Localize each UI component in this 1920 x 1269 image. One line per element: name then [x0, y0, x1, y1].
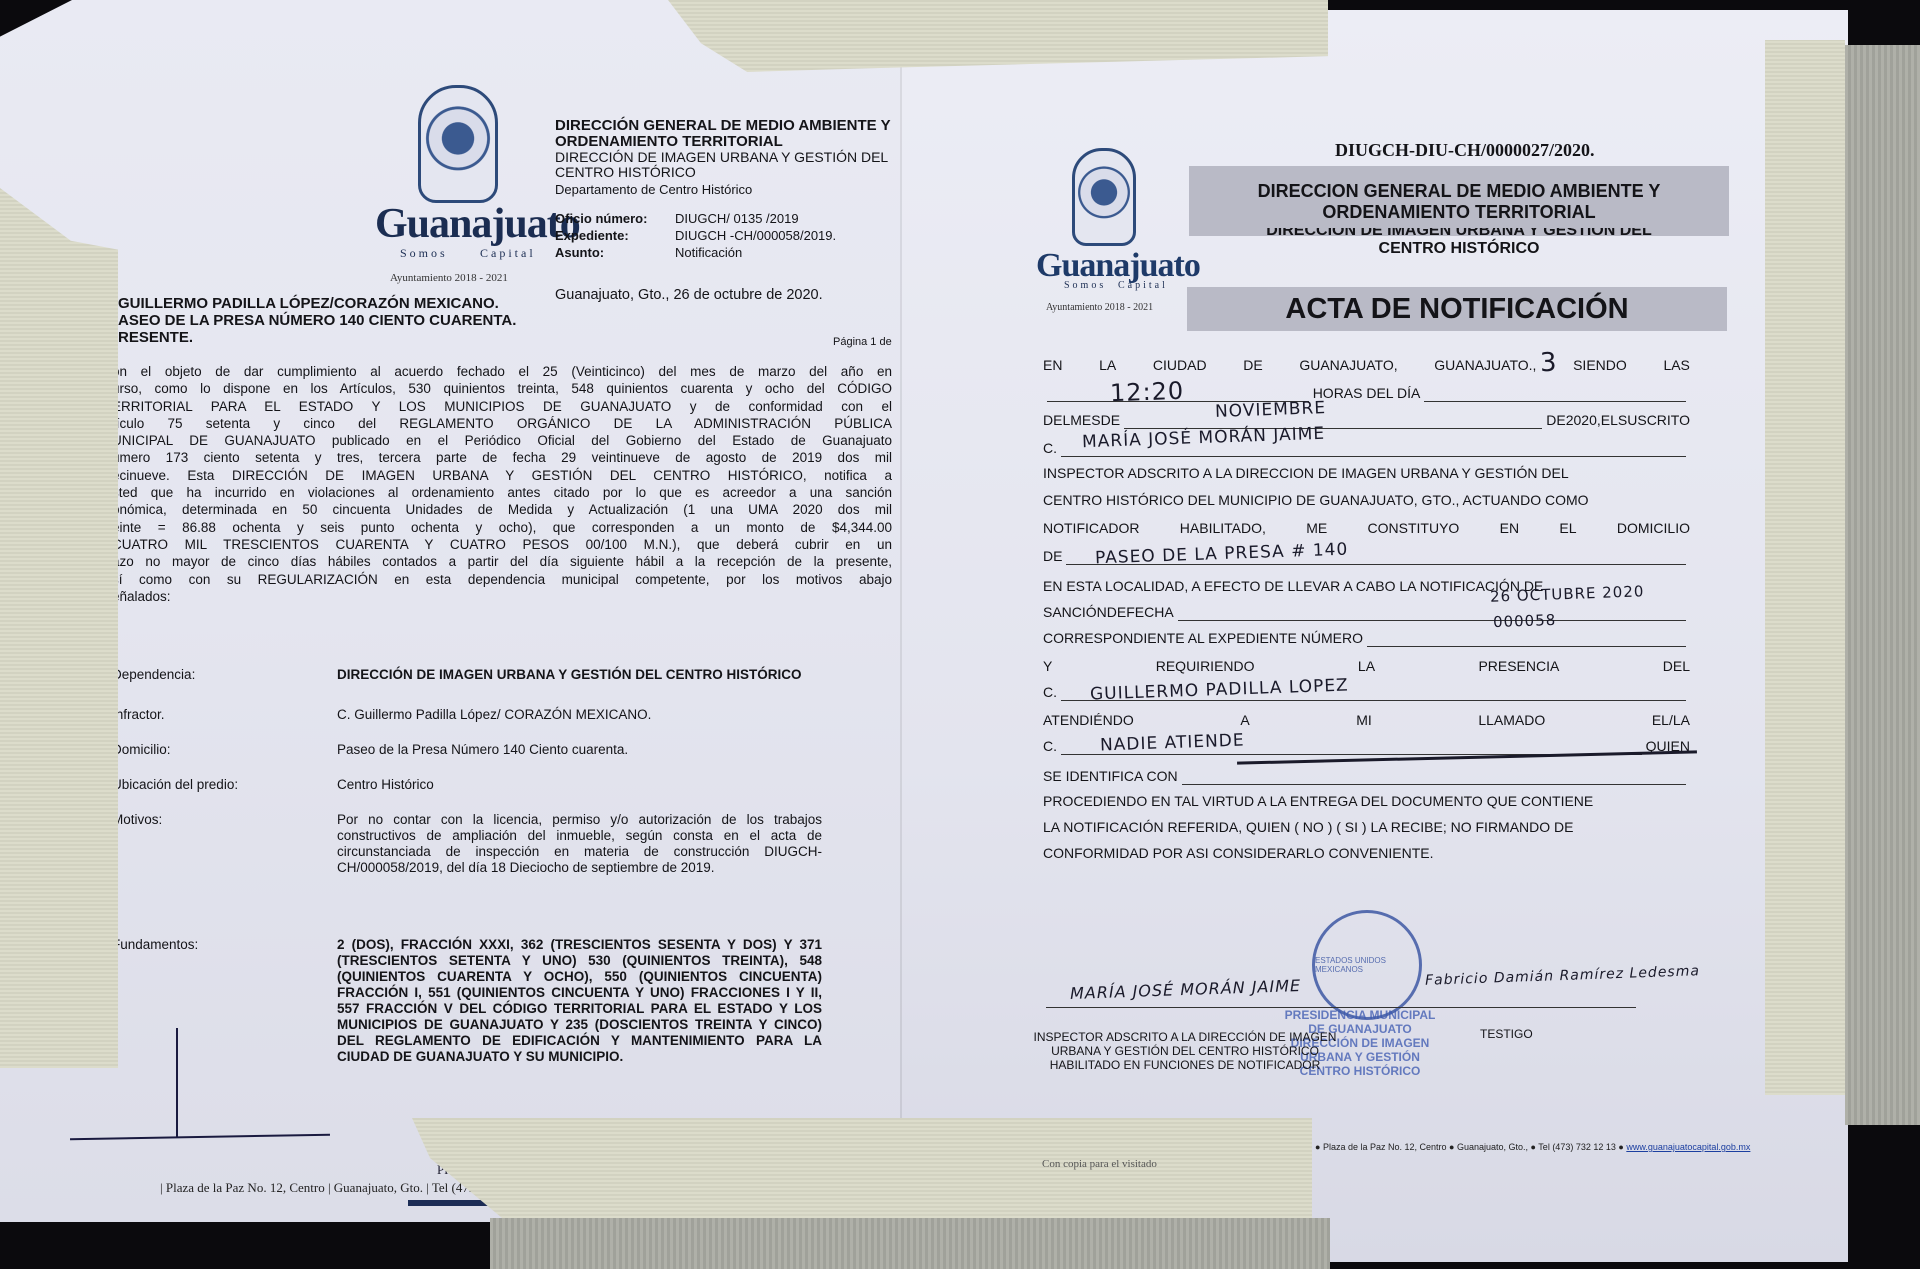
form-line: CENTRO HISTÓRICO DEL MUNICIPIO DE GUANAJ… — [1043, 492, 1690, 509]
handwritten-hour: 12:20 — [1110, 377, 1185, 408]
brand-tagline-right: Capital — [1118, 280, 1168, 291]
website-link[interactable]: www.guanajuatocapital.gob.mx — [1626, 1142, 1750, 1152]
reference-block: Oficio número:DIUGCH/ 0135 /2019 Expedie… — [555, 210, 895, 261]
brand-logo: Guanajuato — [375, 200, 580, 248]
form-text: LA — [1099, 357, 1116, 374]
header-line: ORDENAMIENTO TERRITORIAL — [1189, 202, 1729, 223]
body-line: sí como con su REGULARIZACIÓN en esta de… — [112, 571, 892, 588]
form-text: DE — [1243, 357, 1262, 374]
form-text: CIUDAD — [1153, 357, 1207, 374]
form-text: NOTIFICADOR — [1043, 520, 1139, 537]
form-line: INSPECTOR ADSCRITO A LA DIRECCION DE IMA… — [1043, 465, 1690, 482]
form-text: LAS — [1663, 357, 1689, 374]
body-line: úmero 173 ciento setenta y tres, tercera… — [112, 449, 892, 466]
form-text: SANCIÓN — [1043, 604, 1107, 621]
detail-label: Dependencia: — [112, 667, 337, 683]
caption-line: URBANA Y GESTIÓN DEL CENTRO HISTÓRICO — [1015, 1044, 1355, 1058]
form-text: HORAS DEL DÍA — [1313, 385, 1421, 402]
body-line: eñalados: — [112, 588, 892, 605]
body-line: onómica, determinada en 50 cincuenta Uni… — [112, 501, 892, 518]
form-line: ENLACIUDADDEGUANAJUATO,GUANAJUATO.,SIEND… — [1043, 357, 1690, 374]
form-text: DE — [1107, 604, 1126, 621]
handwritten-file-number: 000058 — [1493, 611, 1557, 631]
body-line: ecinueve. Esta DIRECCIÓN DE IMAGEN URBAN… — [112, 467, 892, 484]
sanction-notice-document: Guanajuato Somos Capital Ayuntamiento 20… — [0, 0, 900, 1222]
pen-mark — [176, 1028, 178, 1138]
header-line: DIRECCION DE IMAGEN URBANA Y GESTION DEL — [1189, 228, 1729, 239]
form-line: PROCEDIENDO EN TAL VIRTUD A LA ENTREGA D… — [1043, 793, 1690, 810]
body-line: tículo 75 setenta y cinco del REGLAMENTO… — [112, 415, 892, 432]
detail-row: Motivos:Por no contar con la licencia, p… — [112, 812, 822, 876]
form-text: 2020, — [1566, 412, 1601, 429]
city-crest-icon — [1072, 148, 1136, 246]
form-line: CORRESPONDIENTE AL EXPEDIENTE NÚMERO — [1043, 630, 1690, 647]
form-text: SUSCRITO — [1618, 412, 1690, 429]
page-indicator: Página 1 de — [833, 336, 892, 348]
term-label: Ayuntamiento 2018 - 2021 — [1046, 302, 1153, 313]
form-line: DELMESDEDE2020,ELSUSCRITO — [1043, 412, 1690, 429]
stamp-line: PRESIDENCIA MUNICIPAL — [1260, 1008, 1460, 1022]
header-line: DIRECCION GENERAL DE MEDIO AMBIENTE Y — [1189, 181, 1729, 202]
form-text: ATENDIÉNDO — [1043, 712, 1134, 729]
masking-tape: Con copia para el visitado — [412, 1118, 1312, 1218]
addressee-block: GUILLERMO PADILLA LÓPEZ/CORAZÓN MEXICANO… — [118, 295, 516, 346]
form-text: SE IDENTIFICA CON — [1043, 768, 1178, 785]
body-line: azo no mayor de cinco días hábiles conta… — [112, 553, 892, 570]
form-text: C. — [1043, 684, 1057, 701]
form-line: SE IDENTIFICA CON — [1043, 768, 1690, 785]
caption-line: HABILITADO EN FUNCIONES DE NOTIFICADOR — [1015, 1058, 1355, 1072]
form-text: LA NOTIFICACIÓN REFERIDA, QUIEN ( NO ) (… — [1043, 819, 1574, 836]
form-text: LA — [1358, 658, 1375, 675]
form-text: DE — [1101, 412, 1120, 429]
body-line: UNICIPAL DE GUANAJUATO publicado en el P… — [112, 432, 892, 449]
detail-value: DIRECCIÓN DE IMAGEN URBANA Y GESTIÓN DEL… — [337, 667, 822, 683]
form-line: YREQUIRIENDOLAPRESENCIADEL — [1043, 658, 1690, 675]
city-crest-icon — [418, 85, 498, 203]
form-blank — [1178, 604, 1686, 621]
masking-tape — [1765, 40, 1845, 1095]
detail-row: Dependencia:DIRECCIÓN DE IMAGEN URBANA Y… — [112, 667, 822, 683]
copy-note: Con copia para el visitado — [1042, 1158, 1157, 1170]
handwritten-month: NOVIEMBRE — [1215, 398, 1327, 422]
form-text: PRESENCIA — [1478, 658, 1559, 675]
detail-value: Centro Histórico — [337, 777, 822, 793]
meta-row-oficio: Oficio número:DIUGCH/ 0135 /2019 — [555, 210, 895, 227]
form-text: SIENDO — [1573, 357, 1627, 374]
detail-value: C. Guillermo Padilla López/ CORAZÓN MEXI… — [337, 707, 822, 723]
form-text: EL — [1601, 412, 1618, 429]
form-text: ME — [1306, 520, 1327, 537]
meta-row-asunto: Asunto:Notificación — [555, 244, 895, 261]
form-text: EN — [1500, 520, 1519, 537]
form-text: GUANAJUATO, — [1299, 357, 1397, 374]
form-blank — [1182, 768, 1686, 785]
form-text: CONSTITUYO — [1368, 520, 1460, 537]
form-text: DE — [1546, 412, 1565, 429]
form-text: EL/LA — [1652, 712, 1690, 729]
issuer-header: DIRECCIÓN GENERAL DE MEDIO AMBIENTE Y OR… — [555, 118, 905, 197]
form-text: LLAMADO — [1478, 712, 1545, 729]
detail-row: Domicilio:Paseo de la Presa Número 140 C… — [112, 742, 822, 758]
notice-body: on el objeto de dar cumplimiento al acue… — [112, 363, 892, 605]
body-line: on el objeto de dar cumplimiento al acue… — [112, 363, 892, 380]
form-line: CONFORMIDAD POR ASI CONSIDERARLO CONVENI… — [1043, 845, 1690, 862]
brand-tagline-left: Somos — [400, 246, 448, 261]
record-number: DIUGCH-DIU-CH/0000027/2020. — [1335, 140, 1595, 161]
form-text: DE — [1043, 548, 1062, 565]
form-blank — [1124, 412, 1542, 429]
detail-row: Ubicación del predio:Centro Histórico — [112, 777, 822, 793]
form-text: C. — [1043, 738, 1057, 755]
detail-label: Fundamentos: — [112, 937, 337, 1065]
header-line: CENTRO HISTÓRICO — [555, 165, 905, 180]
detail-value: Paseo de la Presa Número 140 Ciento cuar… — [337, 742, 822, 758]
inspector-caption: INSPECTOR ADSCRITO A LA DIRECCIÓN DE IMA… — [1015, 1030, 1355, 1072]
masking-tape — [0, 188, 118, 1068]
place-date: Guanajuato, Gto., 26 de octubre de 2020. — [555, 287, 823, 303]
body-line: sted que ha incurrido en violaciones al … — [112, 484, 892, 501]
detail-label: Domicilio: — [112, 742, 337, 758]
header-line: CENTRO HISTÓRICO — [1189, 239, 1729, 258]
form-text: HABILITADO, — [1180, 520, 1266, 537]
record-title: ACTA DE NOTIFICACIÓN — [1187, 293, 1727, 326]
detail-row: Infractor.C. Guillermo Padilla López/ CO… — [112, 707, 822, 723]
detail-value: 2 (DOS), FRACCIÓN XXXI, 362 (TRESCIENTOS… — [337, 937, 822, 1065]
caption-line: INSPECTOR ADSCRITO A LA DIRECCIÓN DE IMA… — [1015, 1030, 1355, 1044]
body-line: CUATRO MIL TRESCIENTOS CUARENTA Y CUATRO… — [112, 536, 892, 553]
department-name: Departamento de Centro Histórico — [555, 182, 905, 197]
detail-value: Por no contar con la licencia, permiso y… — [337, 812, 822, 876]
form-line: NOTIFICADORHABILITADO,MECONSTITUYOENELDO… — [1043, 520, 1690, 537]
term-label: Ayuntamiento 2018 - 2021 — [390, 272, 508, 284]
detail-label: Infractor. — [112, 707, 337, 723]
form-text: INSPECTOR ADSCRITO A LA DIRECCION DE IMA… — [1043, 465, 1569, 482]
form-text: DOMICILIO — [1617, 520, 1690, 537]
brand-tagline-left: Somos — [1064, 280, 1106, 291]
pen-mark — [70, 1134, 330, 1141]
masking-tape — [1845, 45, 1920, 1125]
form-text: REQUIRIENDO — [1156, 658, 1255, 675]
body-line: einte = 86.88 ochenta y seis punto ochen… — [112, 519, 892, 536]
body-line: urso, como lo dispone en los Artículos, … — [112, 380, 892, 397]
form-text: CORRESPONDIENTE AL EXPEDIENTE NÚMERO — [1043, 630, 1363, 647]
right-header: DIRECCION GENERAL DE MEDIO AMBIENTE Y OR… — [1189, 181, 1729, 223]
form-text: EL — [1559, 520, 1576, 537]
form-text: DEL — [1043, 412, 1070, 429]
form-text: C. — [1043, 440, 1057, 457]
form-text: EN ESTA LOCALIDAD, A EFECTO DE LLEVAR A … — [1043, 578, 1543, 595]
header-line: ORDENAMIENTO TERRITORIAL — [555, 134, 905, 150]
form-blank — [1367, 630, 1686, 647]
right-subheader: DIRECCION DE IMAGEN URBANA Y GESTION DEL… — [1189, 228, 1729, 258]
form-text: A — [1240, 712, 1249, 729]
header-line: DIRECCIÓN DE IMAGEN URBANA Y GESTIÓN DEL — [555, 150, 905, 165]
form-line: ATENDIÉNDOAMILLAMADOEL/LA — [1043, 712, 1690, 729]
form-line: LA NOTIFICACIÓN REFERIDA, QUIEN ( NO ) (… — [1043, 819, 1690, 836]
form-text: MES — [1070, 412, 1100, 429]
form-text: CENTRO HISTÓRICO DEL MUNICIPIO DE GUANAJ… — [1043, 492, 1589, 509]
form-text: PROCEDIENDO EN TAL VIRTUD A LA ENTREGA D… — [1043, 793, 1593, 810]
signature-line — [1046, 1007, 1636, 1008]
form-blank — [1424, 385, 1686, 402]
form-text: DEL — [1663, 658, 1690, 675]
meta-row-expediente: Expediente:DIUGCH -CH/000058/2019. — [555, 227, 895, 244]
detail-row: Fundamentos:2 (DOS), FRACCIÓN XXXI, 362 … — [112, 937, 822, 1065]
form-text: EN — [1043, 357, 1062, 374]
body-line: ERRITORIAL PARA EL ESTADO Y LOS MUNICIPI… — [112, 398, 892, 415]
witness-caption: TESTIGO — [1480, 1027, 1533, 1041]
masking-tape — [490, 1218, 1330, 1269]
form-text: FECHA — [1126, 604, 1173, 621]
detail-label: Ubicación del predio: — [112, 777, 337, 793]
handwritten-day: 3 — [1539, 348, 1558, 379]
form-text: Y — [1043, 658, 1052, 675]
form-text: GUANAJUATO., — [1434, 357, 1536, 374]
header-line: DIRECCIÓN GENERAL DE MEDIO AMBIENTE Y — [555, 118, 905, 134]
official-seal-icon: ESTADOS UNIDOS MEXICANOS — [1312, 910, 1422, 1020]
form-line: SANCIÓNDEFECHA — [1043, 604, 1690, 621]
form-text: MI — [1356, 712, 1372, 729]
detail-label: Motivos: — [112, 812, 337, 876]
brand-tagline-right: Capital — [480, 246, 536, 261]
form-text: CONFORMIDAD POR ASI CONSIDERARLO CONVENI… — [1043, 845, 1434, 862]
